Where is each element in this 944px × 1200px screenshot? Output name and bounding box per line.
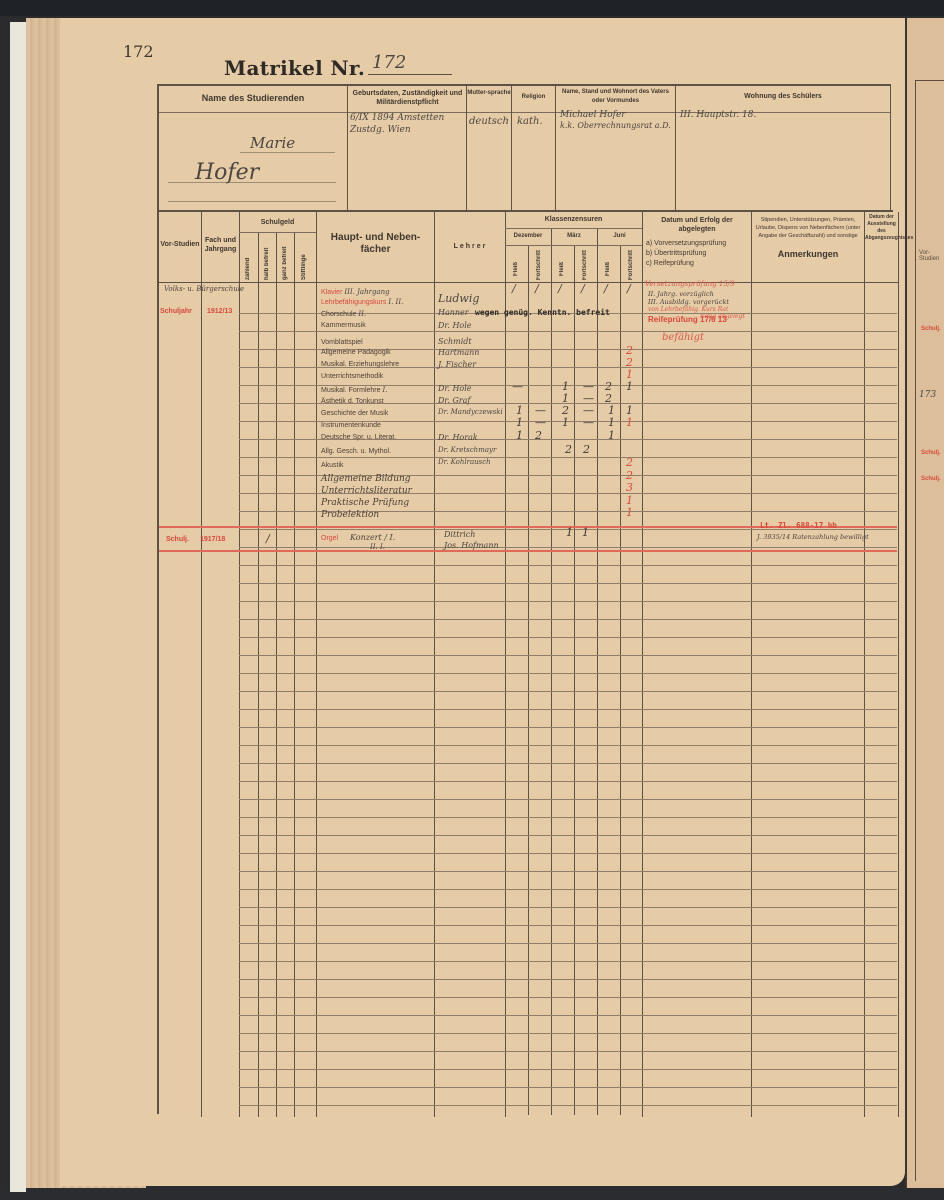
- subject-unterrichtsliteratur: Unterrichtsliteratur: [321, 486, 412, 496]
- teacher-akustik: Dr. Kohlrausch: [438, 458, 491, 466]
- right-page-schuljahr: Schulj.: [921, 326, 941, 332]
- right-page-table: [915, 80, 944, 1181]
- subject-geschichte-mythologie: Allg. Gesch. u. Mythol.: [321, 448, 391, 455]
- header-father: Name, Stand und Wohnort des Vaters oder …: [556, 88, 675, 106]
- subject-deutsch: Deutsche Spr. u. Literat.: [321, 434, 396, 441]
- header-fortschritt-jun: Fortschritt: [628, 250, 634, 280]
- mother-tongue: deutsch: [469, 116, 509, 127]
- entry2-grade-1: 1: [566, 526, 573, 539]
- entry2-year: 1917/18: [200, 536, 225, 543]
- teacher-geschichte: Dr. Mandyczewski: [438, 408, 503, 416]
- entry2-remark-handwritten: J. 3935/14 Ratenzahlung bewilligt: [757, 533, 869, 541]
- teacher-kammermusik: Dr. Hole: [438, 321, 472, 330]
- subject-probelektion: Probelektion: [321, 510, 379, 520]
- page-number: 172: [123, 42, 154, 61]
- header-pruefung-b: b) Übertrittsprüfung: [646, 250, 706, 257]
- header-fleiss-mar: Fleiß: [559, 262, 565, 276]
- subject-klavier-level: III. Jahrgang: [344, 288, 389, 296]
- exam-reifepruefung: Reifeprüfung 17/6 13: [648, 315, 727, 324]
- grade-deutsch-dec-fortschritt: 2: [535, 429, 542, 442]
- teacher-vomblatt: Schmidt: [438, 337, 472, 346]
- grade-formlehre-dec: —: [512, 380, 523, 393]
- teacher-chorschule: Hanner: [438, 308, 469, 317]
- entry2-schulgeld-mark: /: [266, 532, 270, 545]
- subject-klavier: Klavier: [321, 289, 342, 296]
- right-page-vorstudien: Vor-Studien: [919, 250, 944, 262]
- entry2-grade-2: 1: [582, 526, 589, 539]
- subject-formlehre: Musikal. Formlehre: [321, 387, 381, 394]
- chorschule-exemption-stamp: wegen genüg. Kenntn. befreit: [475, 308, 610, 317]
- header-name: Name des Studierenden: [159, 94, 347, 103]
- entry2-bottom-rule: [159, 550, 897, 552]
- entry1-year: 1912/13: [207, 308, 232, 315]
- grade-instrumentenkunde-mar-fleiss: 1: [562, 416, 569, 429]
- grade-instrumentenkunde-jun-fleiss: 1: [608, 416, 615, 429]
- header-lehrer: Lehrer: [436, 242, 505, 251]
- header-fortschritt-dec: Fortschritt: [536, 250, 542, 280]
- scanner-background-bottom: [0, 1186, 944, 1200]
- right-page-schulj-2: Schulj.: [921, 476, 941, 482]
- header-pruefung: Datum und Erfolg der abgelegten: [644, 216, 750, 234]
- header-klassenzensuren: Klassenzensuren: [505, 215, 642, 224]
- header-month-mar: März: [551, 232, 597, 241]
- subject-geschichte: Geschichte der Musik: [321, 410, 388, 417]
- header-month-dec: Dezember: [505, 232, 551, 241]
- father-occupation: k.k. Oberrechnungsrat a.D.: [560, 121, 671, 130]
- header-schulgeld-ganz: ganz befreit: [282, 240, 288, 280]
- final-grade-methodik: 1: [626, 368, 633, 381]
- final-grade-akustik: 2: [626, 456, 633, 469]
- final-grade-probelektion: 1: [626, 506, 633, 519]
- grade-instrumentenkunde-mar-fortschritt: —: [583, 416, 594, 429]
- header-birth: Geburtsdaten, Zuständigkeit und Militärd…: [349, 89, 466, 107]
- teacher-mythologie: Dr. Kretschmayr: [438, 446, 496, 454]
- right-page-schulj-1: Schulj.: [921, 450, 941, 456]
- vorstudien-value: Volks- u. Bürgerschule: [164, 285, 244, 293]
- page-title: Matrikel Nr.: [224, 56, 365, 80]
- header-residence: Wohnung des Schülers: [676, 92, 890, 101]
- grade-klavier-jun-fleiss: /: [604, 282, 608, 295]
- header-fleiss-dec: Fleiß: [513, 262, 519, 276]
- teacher-aesthetik: Dr. Graf: [438, 396, 470, 405]
- header-pruefung-c: c) Reifeprüfung: [646, 260, 694, 267]
- subject-instrumentenkunde: Instrumentenkunde: [321, 422, 381, 429]
- entry2-subject-level: Konzert / I.: [350, 533, 395, 542]
- subject-chorschule: Chorschule: [321, 311, 356, 318]
- subject-allgemeine-bildung: Allgemeine Bildung: [321, 474, 411, 484]
- exam-line-4: von Lehrbefähig. Kurs Rat: [648, 306, 728, 313]
- right-page-edge: Vor-Studien Schulj. 173 Schulj. Schulj.: [905, 18, 944, 1188]
- subject-erziehungslehre: Musikal. Erziehungslehre: [321, 361, 399, 368]
- header-mother-tongue: Mutter-sprache: [467, 89, 511, 98]
- entry2-schuljahr-label: Schulj.: [166, 536, 189, 543]
- subject-vomblatt: Vomblattspiel: [321, 339, 363, 346]
- subject-aesthetik: Ästhetik d. Tonkunst: [321, 398, 384, 405]
- grade-deutsch-dec-fleiss: 1: [516, 429, 523, 442]
- entry2-remark-stamp: Lt. Zl. 688-17 hb: [760, 521, 837, 530]
- grade-klavier-dec-fortschritt: /: [535, 282, 539, 295]
- header-schulgeld-stiftlinge: Stiftlinge: [301, 242, 307, 280]
- entry1-schuljahr-label: Schuljahr: [160, 308, 192, 315]
- exam-line-3: III. Ausbildg. vorgerückt: [648, 298, 729, 306]
- header-schulgeld-zahlend: zahlend: [245, 250, 251, 280]
- grade-klavier-mar-fleiss: /: [558, 282, 562, 295]
- exam-line-2: II. Jahrg. vorzüglich: [648, 290, 714, 298]
- grade-mythologie-mar-fleiss: 2: [565, 443, 572, 456]
- birth-data: 6/IX 1894 Amstetten: [350, 113, 444, 123]
- student-first-name: Marie: [250, 134, 295, 152]
- teacher-klavier: Ludwig: [438, 292, 479, 305]
- subject-methodik: Unterrichtsmethodik: [321, 373, 383, 380]
- subject-chorschule-level: II.: [358, 310, 366, 318]
- exam-versetzung: Versetzungsprüfung 15/9: [645, 280, 735, 288]
- father-name: Michael Hofer: [560, 110, 626, 120]
- header-month-jun: Juni: [597, 232, 642, 241]
- header-faecher: Haupt- und Neben-fächer: [318, 232, 433, 256]
- grade-instrumentenkunde-jun-fortschritt: 1: [626, 416, 633, 429]
- entry2-subject-level-2: II. I.: [370, 543, 385, 551]
- teacher-deutsch: Dr. Horak: [438, 433, 478, 442]
- grade-instrumentenkunde-dec-fleiss: 1: [516, 416, 523, 429]
- subject-kammermusik: Kammermusik: [321, 322, 366, 329]
- grade-mythologie-mar-fortschritt: 2: [583, 443, 590, 456]
- teacher-formlehre: Dr. Hole: [438, 384, 472, 393]
- book-edge: [10, 22, 26, 1192]
- grade-klavier-dec-fleiss: /: [512, 282, 516, 295]
- subject-formlehre-level: I.: [382, 386, 387, 394]
- header-fortschritt-mar: Fortschritt: [582, 250, 588, 280]
- header-fach: Fach und Jahrgang: [202, 236, 239, 254]
- final-grade-unterrichtsliteratur: 3: [626, 481, 633, 494]
- exam-result-befaehigt: befähigt: [662, 332, 704, 343]
- header-fleiss-jun: Fleiß: [605, 262, 611, 276]
- student-last-name: Hofer: [195, 160, 259, 185]
- grade-formlehre-jun-fortschritt: 1: [626, 380, 633, 393]
- teacher-paedagogik: Hartmann: [438, 348, 479, 357]
- header-pruefung-a: a) Vorversetzungsprüfung: [646, 240, 726, 247]
- header-anmerkungen: Anmerkungen: [753, 250, 863, 259]
- entry2-teacher-2: Jos. Hofmann: [444, 541, 499, 550]
- residence: III. Hauptstr. 18.: [680, 110, 756, 120]
- header-schulgeld: Schulgeld: [239, 218, 316, 227]
- header-schulgeld-halb: halb befreit: [264, 240, 270, 280]
- right-page-number: 173: [919, 390, 936, 400]
- entry2-subject-orgel: Orgel: [321, 535, 338, 542]
- subject-praktische-pruefung: Praktische Prüfung: [321, 498, 409, 508]
- header-religion: Religion: [512, 93, 555, 102]
- teacher-erziehungslehre: J. Fischer: [438, 360, 476, 369]
- subject-paedagogik: Allgemeine Pädagogik: [321, 349, 391, 356]
- matrikel-number: 172: [368, 52, 452, 75]
- grade-instrumentenkunde-dec-fortschritt: —: [535, 416, 546, 429]
- header-datum: Datum der Ausstellung des Abgangszeugnis…: [865, 214, 898, 242]
- jurisdiction: Zustdg. Wien: [350, 125, 411, 135]
- subject-lehrbefaehigung: Lehrbefähigungskurs: [321, 299, 386, 306]
- religion: kath.: [517, 116, 543, 127]
- grade-klavier-jun-fortschritt: /: [627, 282, 631, 295]
- grade-deutsch-jun-fleiss: 1: [608, 429, 615, 442]
- scanner-background-top: [0, 0, 944, 16]
- header-vorstudien: Vor-Studien: [159, 240, 201, 249]
- grade-klavier-mar-fortschritt: /: [581, 282, 585, 295]
- subject-akustik: Akustik: [321, 462, 344, 469]
- header-anmerk-small: Stipendien, Unterstützungen, Prämien, Ur…: [753, 216, 863, 240]
- entry2-teacher-1: Dittrich: [444, 530, 475, 539]
- subject-lehrbefaehigung-level: I. II.: [388, 298, 403, 306]
